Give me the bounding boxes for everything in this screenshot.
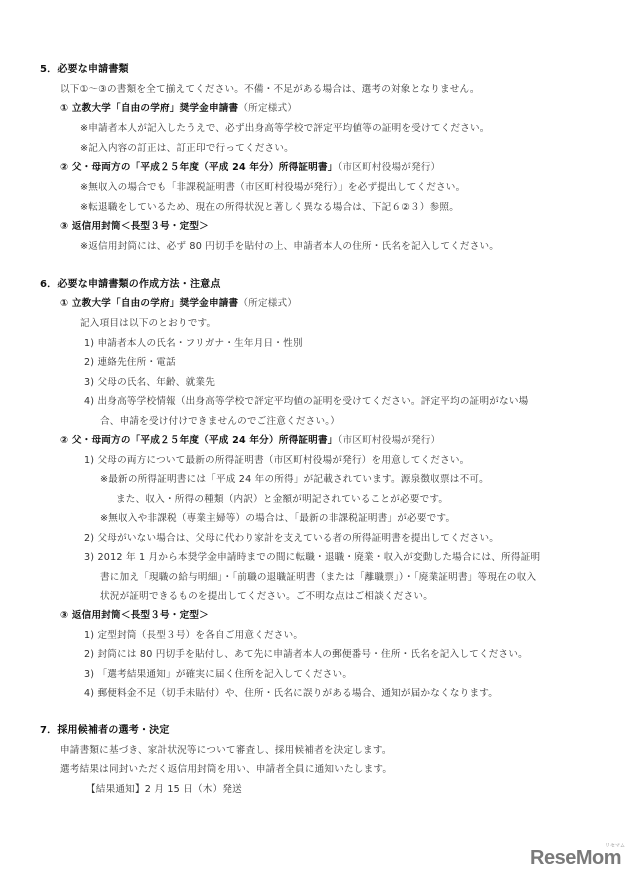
s6-item1-title-text: ① 立教大学「自由の学府」奨学金申請書: [60, 298, 238, 309]
s6-item2-list-item: 1) 父母の両方について最新の所得証明書（市区町村役場が発行）を用意してください…: [84, 455, 469, 467]
s6-item3-list-item: 2) 封筒には 80 円切手を貼付し、あて先に申請者本人の郵便番号・住所・氏名を…: [84, 649, 528, 661]
section-7-heading: 7．採用候補者の選考・決定: [40, 725, 170, 737]
s6-item3-list-item: 1) 定型封筒（長型３号）を各自ご用意ください。: [84, 630, 303, 642]
s5-item2-note: ※転退職をしているため、現在の所得状況と著しく異なる場合は、下記６②３）参照。: [80, 202, 459, 214]
section-5-intro: 以下①～③の書類を全て揃えてください。不備・不足がある場合は、選考の対象となりま…: [60, 84, 480, 96]
s6-item1-list-item-cont: 合、申請を受け付けできませんのでご注意ください。）: [100, 416, 340, 428]
s5-item1-title-text: ① 立教大学「自由の学府」奨学金申請書: [60, 103, 238, 114]
resemom-logo: ReseMom: [530, 847, 621, 870]
s6-item1-list-item: 2) 連絡先住所・電話: [84, 357, 176, 369]
s5-item2-title-suffix: （市区町村役場が発行）: [338, 162, 441, 173]
s6-item1-title-suffix: （所定様式）: [238, 298, 297, 309]
s5-item1-title: ① 立教大学「自由の学府」奨学金申請書（所定様式）: [60, 103, 297, 115]
s6-item1-list-item: 1) 申請者本人の氏名・フリガナ・生年月日・性別: [84, 338, 303, 350]
s5-item2-title: ② 父・母両方の「平成２５年度（平成 24 年分）所得証明書」（市区町村役場が発…: [60, 162, 440, 174]
s6-item3-title: ③ 返信用封筒＜長型３号・定型＞: [60, 610, 209, 622]
section-7-line: 選考結果は同封いただく返信用封筒を用い、申請者全員に通知いたします。: [60, 764, 392, 776]
s6-item2-list-item-cont: 書に加え「現職の給与明細」・「前職の退職証明書（または「離職票」）・「廃業証明書…: [100, 572, 536, 584]
s5-item2-title-text: ② 父・母両方の「平成２５年度（平成 24 年分）所得証明書」: [60, 162, 338, 173]
section-6-heading: 6．必要な申請書類の作成方法・注意点: [40, 279, 221, 291]
s6-item2-title: ② 父・母両方の「平成２５年度（平成 24 年分）所得証明書」（市区町村役場が発…: [60, 435, 440, 447]
s6-item2-note: ※最新の所得証明書には「平成 24 年の所得」が記載されています。源泉徴収票は不…: [100, 474, 489, 486]
section-5-heading: 5．必要な申請書類: [40, 64, 129, 76]
s6-item2-list-item: 3) 2012 年 1 月から本奨学金申請時までの間に転職・退職・廃業・収入が変…: [84, 552, 540, 564]
s6-item3-list-item: 4) 郵便料金不足（切手未貼付）や、住所・氏名に誤りがある場合、通知が届かなくな…: [84, 688, 498, 700]
s6-item2-note-cont: また、収入・所得の種類（内訳）と金額が明記されていることが必要です。: [116, 494, 448, 506]
section-7-line: 申請書類に基づき、家計状況等について審査し、採用候補者を決定します。: [60, 745, 392, 757]
s5-item1-note: ※記入内容の訂正は、訂正印で行ってください。: [80, 143, 294, 155]
s6-item1-title: ① 立教大学「自由の学府」奨学金申請書（所定様式）: [60, 298, 297, 310]
s6-item2-note: ※無収入や非課税（専業主婦等）の場合は、「最新の非課税証明書」が必要です。: [100, 513, 455, 525]
s6-item1-intro: 記入項目は以下のとおりです。: [80, 318, 216, 330]
s6-item2-list-item-cont: 状況が証明できるものを提出してください。ご不明な点はご相談ください。: [100, 591, 433, 603]
s6-item3-list-item: 3) 「選考結果通知」が確実に届く住所を記入してください。: [84, 669, 352, 681]
s6-item1-list-item: 3) 父母の氏名、年齢、就業先: [84, 377, 215, 389]
s5-item3-title: ③ 返信用封筒＜長型３号・定型＞: [60, 221, 209, 233]
s6-item2-title-text: ② 父・母両方の「平成２５年度（平成 24 年分）所得証明書」: [60, 435, 338, 446]
s5-item2-note: ※無収入の場合でも「非課税証明書（市区町村役場が発行）」を必ず提出してください。: [80, 182, 465, 194]
s6-item1-list-item: 4) 出身高等学校情報（出身高等学校で評定平均値の証明を受けてください。評定平均…: [84, 396, 528, 408]
s5-item1-note: ※申請者本人が記入したうえで、必ず出身高等学校で評定平均値等の証明を受けてくださ…: [80, 123, 490, 135]
s6-item2-list-item: 2) 父母がいない場合は、父母に代わり家計を支えている者の所得証明書を提出してく…: [84, 533, 499, 545]
result-notice-date: 【結果通知】2 月 15 日（木）発送: [86, 784, 242, 796]
s5-item3-note: ※返信用封筒には、必ず 80 円切手を貼付の上、申請者本人の住所・氏名を記入して…: [80, 241, 499, 253]
s5-item1-title-suffix: （所定様式）: [238, 103, 297, 114]
s6-item2-title-suffix: （市区町村役場が発行）: [338, 435, 441, 446]
